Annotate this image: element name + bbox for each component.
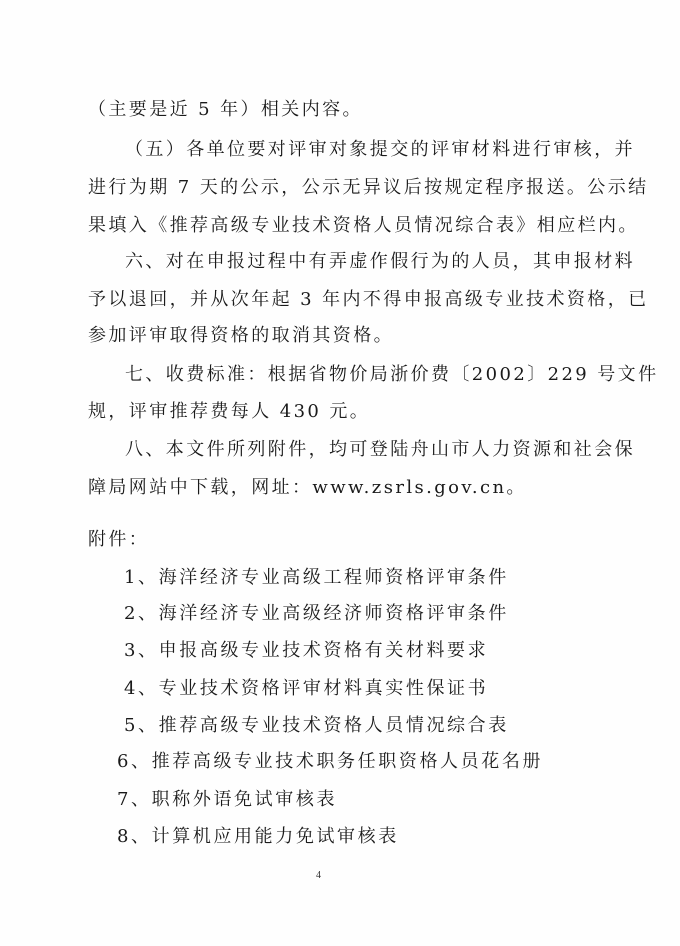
attachment-item: 7、职称外语免试审核表 — [117, 788, 337, 812]
paragraph-line: 予以退回，并从次年起 3 年内不得申报高级专业技术资格，已 — [88, 288, 649, 312]
paragraph-line: （五）各单位要对评审对象提交的评审材料进行审核，并 — [125, 138, 635, 162]
paragraph-line: 进行为期 7 天的公示，公示无异议后按规定程序报送。公示结 — [88, 176, 649, 200]
attachment-item: 6、推荐高级专业技术职务任职资格人员花名册 — [117, 750, 543, 774]
page-number: 4 — [316, 870, 321, 881]
document-page: （主要是近 5 年）相关内容。 （五）各单位要对评审对象提交的评审材料进行审核，… — [0, 0, 680, 946]
paragraph-line: 果填入《推荐高级专业技术资格人员情况综合表》相应栏内。 — [88, 214, 639, 238]
paragraph-line: 八、本文件所列附件，均可登陆舟山市人力资源和社会保 — [125, 438, 635, 462]
attachment-item: 5、推荐高级专业技术资格人员情况综合表 — [124, 714, 509, 738]
attachment-item: 3、申报高级专业技术资格有关材料要求 — [124, 639, 488, 663]
attachment-item: 8、计算机应用能力免试审核表 — [117, 825, 399, 849]
attachment-item: 2、海洋经济专业高级经济师资格评审条件 — [124, 602, 509, 626]
paragraph-line: （主要是近 5 年）相关内容。 — [88, 98, 363, 122]
attachment-item: 4、专业技术资格评审材料真实性保证书 — [124, 677, 488, 701]
attachments-heading: 附件： — [88, 528, 149, 552]
paragraph-line: 参加评审取得资格的取消其资格。 — [88, 324, 394, 348]
paragraph-line: 规，评审推荐费每人 430 元。 — [88, 400, 370, 424]
paragraph-line: 六、对在申报过程中有弄虚作假行为的人员，其申报材料 — [125, 250, 635, 274]
attachment-item: 1、海洋经济专业高级工程师资格评审条件 — [124, 566, 509, 590]
paragraph-line: 障局网站中下载，网址：www.zsrls.gov.cn。 — [88, 476, 527, 500]
paragraph-line: 七、收费标准：根据省物价局浙价费〔2002〕229 号文件 — [125, 363, 658, 387]
